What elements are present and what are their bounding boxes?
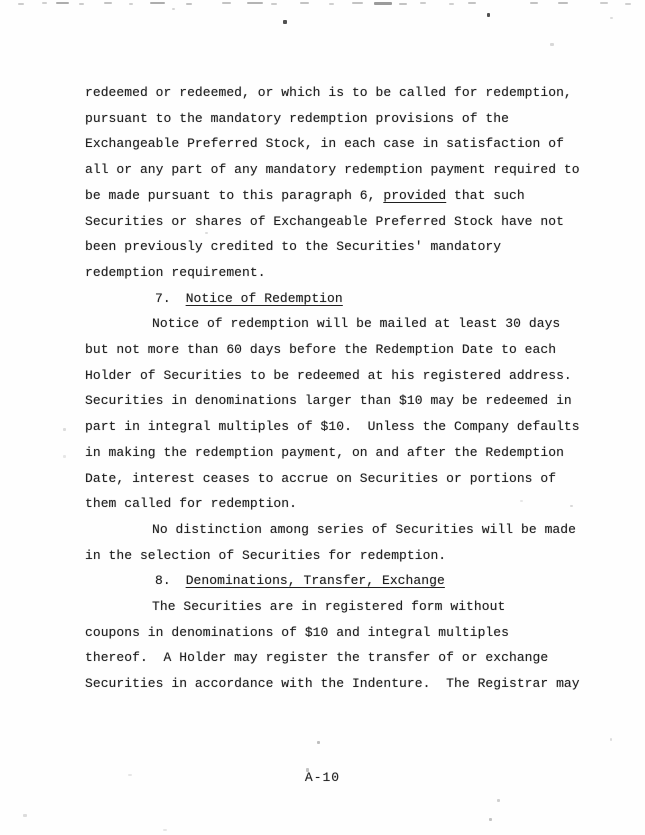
text-line: redeemed or redeemed, or which is to be … bbox=[85, 80, 595, 106]
text-line: pursuant to the mandatory redemption pro… bbox=[85, 106, 595, 132]
text-line: Date, interest ceases to accrue on Secur… bbox=[85, 466, 595, 492]
text-line: Holder of Securities to be redeemed at h… bbox=[85, 363, 595, 389]
scan-speck bbox=[129, 3, 133, 5]
scan-speck bbox=[247, 2, 263, 4]
scan-speck bbox=[600, 2, 608, 4]
text-line: them called for redemption. bbox=[85, 491, 595, 517]
text-line: all or any part of any mandatory redempt… bbox=[85, 157, 595, 183]
text-line: thereof. A Holder may register the trans… bbox=[85, 645, 595, 671]
section-number: 8. bbox=[155, 573, 171, 588]
scan-speck bbox=[163, 829, 167, 831]
section-title: Notice of Redemption bbox=[186, 291, 343, 306]
scan-speck bbox=[610, 738, 612, 741]
scan-speck bbox=[56, 2, 69, 4]
scan-speck bbox=[530, 2, 538, 4]
text-line: part in integral multiples of $10. Unles… bbox=[85, 414, 595, 440]
page-number: A-10 bbox=[0, 770, 645, 785]
section-number: 7. bbox=[155, 291, 171, 306]
text-line: in making the redemption payment, on and… bbox=[85, 440, 595, 466]
text-line: Securities in accordance with the Indent… bbox=[85, 671, 595, 697]
section-heading-7: 7.Notice of Redemption bbox=[85, 286, 595, 312]
text-line: The Securities are in registered form wi… bbox=[85, 594, 595, 620]
document-page: redeemed or redeemed, or which is to be … bbox=[0, 0, 645, 835]
scan-speck bbox=[23, 814, 27, 817]
scan-speck bbox=[625, 3, 631, 5]
scan-speck bbox=[399, 3, 407, 5]
text-segment: be made pursuant to this paragraph 6, bbox=[85, 188, 383, 203]
scan-speck bbox=[468, 2, 476, 4]
scan-speck bbox=[352, 2, 363, 4]
text-line: been previously credited to the Securiti… bbox=[85, 234, 595, 260]
document-body: redeemed or redeemed, or which is to be … bbox=[85, 80, 595, 697]
scan-speck bbox=[79, 3, 84, 5]
scan-speck bbox=[558, 2, 568, 4]
scan-speck bbox=[104, 2, 112, 4]
scan-speck bbox=[42, 2, 47, 4]
text-line: coupons in denominations of $10 and inte… bbox=[85, 620, 595, 646]
scan-speck bbox=[222, 2, 231, 4]
text-line: No distinction among series of Securitie… bbox=[85, 517, 595, 543]
scan-speck bbox=[150, 2, 165, 4]
text-line: in the selection of Securities for redem… bbox=[85, 543, 595, 569]
scan-speck bbox=[420, 2, 426, 4]
scan-speck bbox=[497, 799, 500, 802]
text-line: redemption requirement. bbox=[85, 260, 595, 286]
text-line: but not more than 60 days before the Red… bbox=[85, 337, 595, 363]
section-heading-8: 8.Denominations, Transfer, Exchange bbox=[85, 568, 595, 594]
scan-speck bbox=[300, 2, 309, 4]
scan-speck bbox=[271, 3, 277, 5]
scan-speck bbox=[489, 818, 492, 821]
scan-speck bbox=[374, 2, 392, 5]
scan-speck bbox=[18, 3, 24, 5]
text-segment: that such bbox=[446, 188, 525, 203]
scan-speck bbox=[610, 17, 613, 19]
text-line: Securities or shares of Exchangeable Pre… bbox=[85, 209, 595, 235]
text-line: Notice of redemption will be mailed at l… bbox=[85, 311, 595, 337]
scan-speck bbox=[63, 455, 66, 458]
text-line: Exchangeable Preferred Stock, in each ca… bbox=[85, 131, 595, 157]
scan-speck bbox=[186, 3, 192, 5]
text-line: Securities in denominations larger than … bbox=[85, 388, 595, 414]
scan-speck bbox=[449, 3, 454, 5]
text-line: be made pursuant to this paragraph 6, pr… bbox=[85, 183, 595, 209]
scan-speck bbox=[63, 428, 66, 431]
scan-speck bbox=[329, 3, 334, 5]
underlined-term-provided: provided bbox=[383, 188, 446, 203]
scan-speck bbox=[550, 43, 554, 46]
section-title: Denominations, Transfer, Exchange bbox=[186, 573, 445, 588]
scan-speck bbox=[487, 13, 490, 17]
scan-speck bbox=[283, 20, 287, 24]
scan-speck bbox=[317, 741, 320, 744]
scan-speck bbox=[172, 8, 175, 10]
